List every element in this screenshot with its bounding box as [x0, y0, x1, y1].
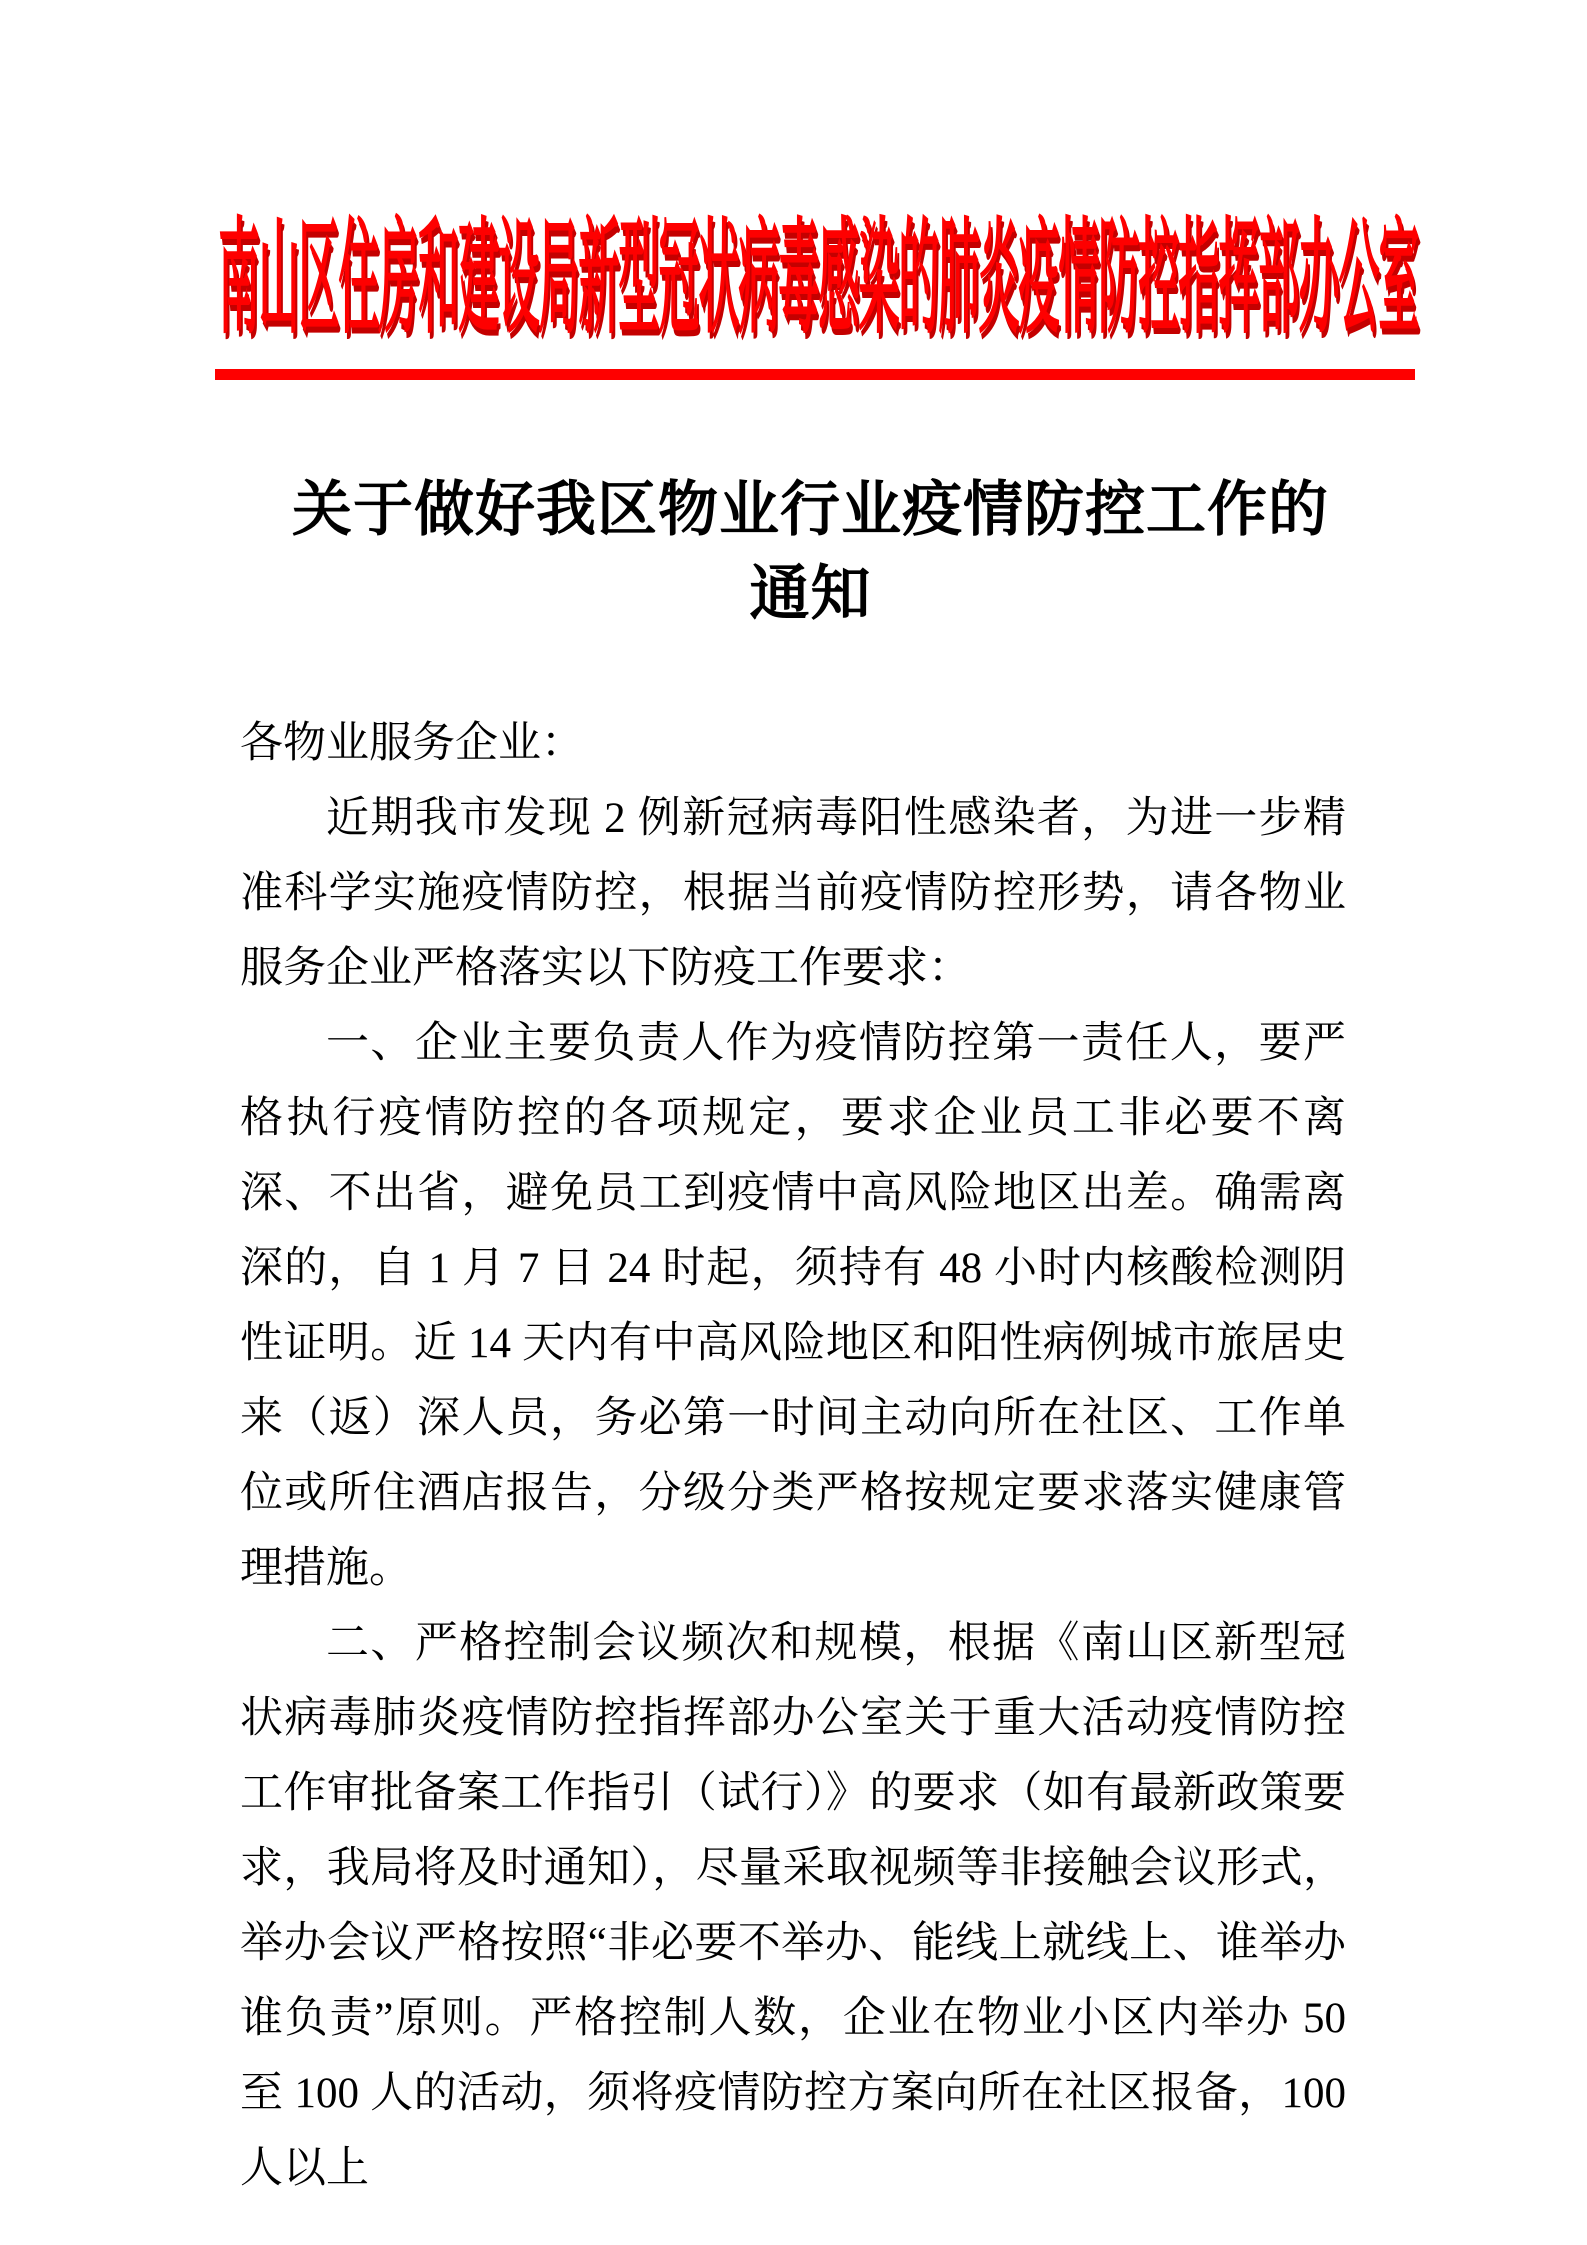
body-paragraph-3: 二、严格控制会议频次和规模，根据《南山区新型冠状病毒肺炎疫情防控指挥部办公室关于… — [240, 1606, 1346, 2206]
document-title-line1: 关于做好我区物业行业疫情防控工作的 — [17, 468, 1587, 552]
salutation: 各物业服务企业： — [240, 706, 1346, 781]
document-title: 关于做好我区物业行业疫情防控工作的 通知 — [17, 468, 1587, 636]
body-paragraph-1: 近期我市发现 2 例新冠病毒阳性感染者，为进一步精准科学实施疫情防控，根据当前疫… — [240, 781, 1346, 1006]
document-title-line2: 通知 — [17, 552, 1587, 636]
document-page: 南山区住房和建设局新型冠状病毒感染的肺炎疫情防控指挥部办公室 关于做好我区物业行… — [0, 0, 1587, 2245]
red-divider-rule — [215, 369, 1415, 380]
body-paragraph-2: 一、企业主要负责人作为疫情防控第一责任人，要严格执行疫情防控的各项规定，要求企业… — [240, 1006, 1346, 1606]
red-header-org-title: 南山区住房和建设局新型冠状病毒感染的肺炎疫情防控指挥部办公室 — [25, 214, 1587, 342]
document-body: 各物业服务企业： 近期我市发现 2 例新冠病毒阳性感染者，为进一步精准科学实施疫… — [240, 706, 1346, 2206]
